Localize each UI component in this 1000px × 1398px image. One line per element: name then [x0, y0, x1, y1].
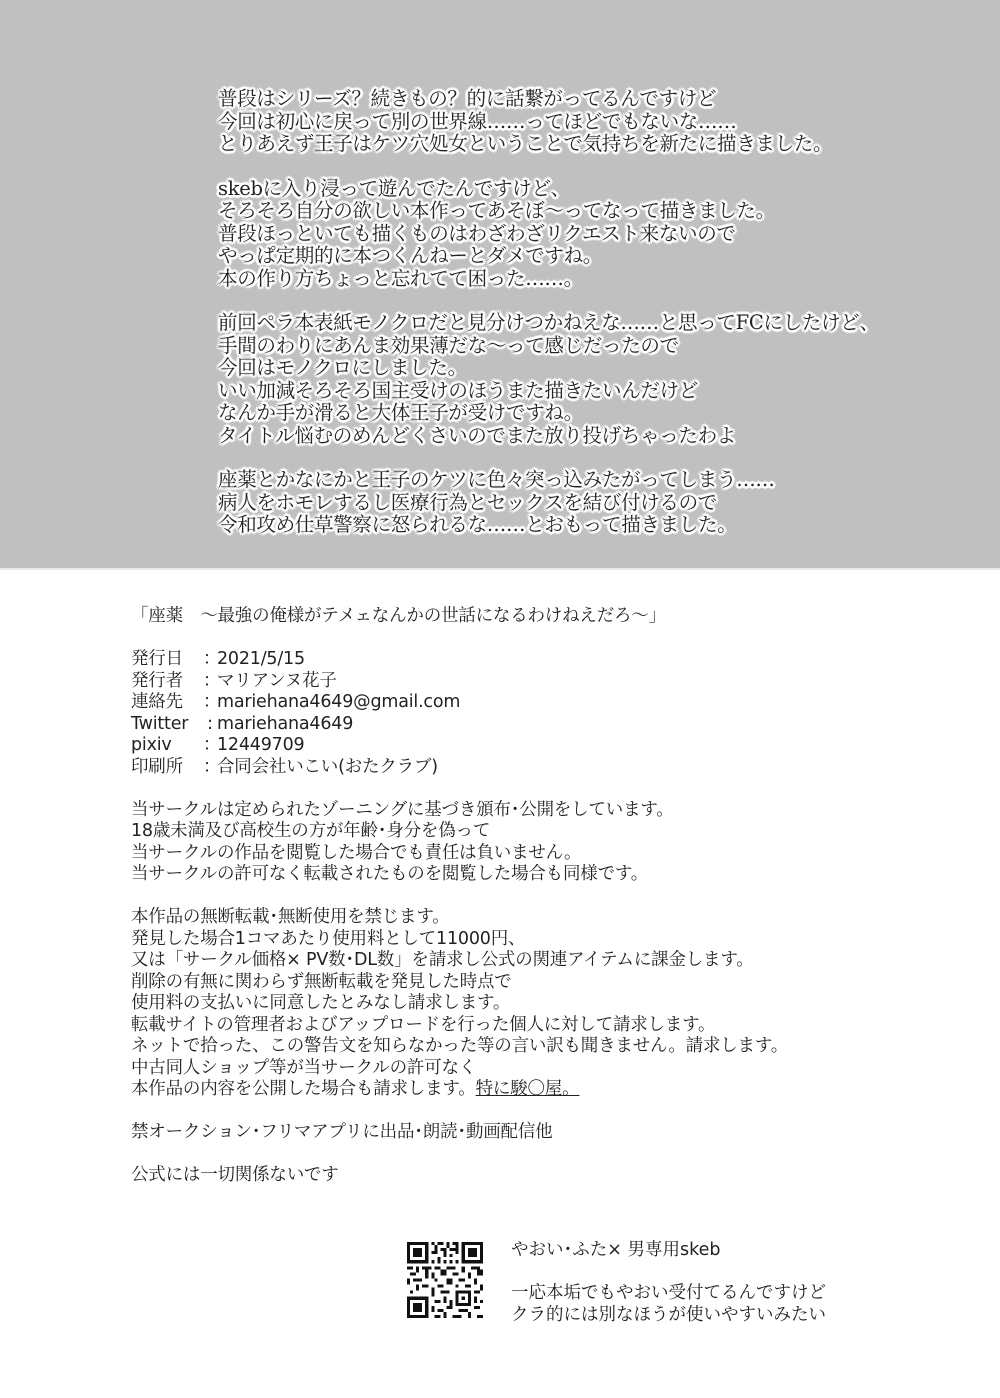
info-separator: ：	[203, 649, 217, 671]
text-line: 削除の有無に関わらず無断転載を発見した時点で	[131, 972, 788, 994]
info-key: pixiv	[131, 735, 203, 757]
info-separator: :	[203, 714, 217, 736]
info-row-printer: 印刷所 ： 合同会社いこい(おたクラブ)	[131, 757, 788, 779]
text-line: 令和攻め仕草警察に怒られるな……とおもって描きました。	[218, 514, 879, 537]
text-line: 病人をホモレするし医療行為とセックスを結び付けるので	[218, 492, 879, 515]
qr-code-graphic	[407, 1242, 483, 1318]
zoning-notice: 当サークルは定められたゾーニングに基づき頒布･公開をしています。 18歳未満及び…	[131, 800, 788, 886]
text-line: 18歳未満及び高校生の方が年齢･身分を偽って	[131, 821, 788, 843]
info-row-contact: 連絡先 ： mariehana4649@gmail.com	[131, 692, 788, 714]
info-value: 合同会社いこい(おたクラブ)	[217, 757, 438, 779]
twitter-handle: mariehana4649	[217, 714, 353, 736]
colophon: 「座薬 ～最強の俺様がテメェなんかの世話になるわけねえだろ～」 発行日 ： 20…	[131, 606, 788, 1208]
text-line: 使用料の支払いに同意したとみなし請求します。	[131, 993, 788, 1015]
text-line-final: 本作品の内容を公開した場合も請求します。特に駿〇屋。	[131, 1079, 788, 1101]
afterword-text: 普段はシリーズ？続きもの？的に話繋がってるんですけど 今回は初心に戻って別の世界…	[218, 88, 879, 559]
contact-email: mariehana4649@gmail.com	[217, 692, 460, 714]
text-line: 本作品の無断転載･無断使用を禁じます。	[131, 907, 788, 929]
info-separator: ：	[203, 692, 217, 714]
qr-code-icon[interactable]	[407, 1242, 483, 1318]
text-line: いい加減そろそろ国主受けのほうまた描きたいんだけど	[218, 380, 879, 403]
info-separator: ：	[203, 757, 217, 779]
info-row-publish-date: 発行日 ： 2021/5/15	[131, 649, 788, 671]
text-line: タイトル悩むのめんどくさいのでまた放り投げちゃったわよ	[218, 425, 879, 448]
info-key: 印刷所	[131, 757, 203, 779]
underlined-remark: 特に駿〇屋。	[476, 1079, 580, 1099]
text-line: そろそろ自分の欲しい本作ってあそぼ～ってなって描きました。	[218, 200, 879, 223]
info-key: Twitter	[131, 714, 203, 736]
info-key: 発行者	[131, 671, 203, 693]
text-line: 当サークルは定められたゾーニングに基づき頒布･公開をしています。	[131, 800, 788, 822]
text-line: ネットで拾った、この警告文を知らなかった等の言い訳も聞きません。請求します。	[131, 1036, 788, 1058]
text-line: 当サークルの作品を閲覧した場合でも責任は負いません。	[131, 843, 788, 865]
afterword-paragraph-4: 座薬とかなにかと王子のケツに色々突っ込みたがってしまう…… 病人をホモレするし医…	[218, 469, 879, 537]
text-line: 転載サイトの管理者およびアップロードを行った個人に対して請求します。	[131, 1015, 788, 1037]
text-line: クラ的には別なほうが使いやすいみたい	[511, 1305, 826, 1327]
text-line: 普段ほっといても描くものはわざわざリクエスト来ないので	[218, 223, 879, 246]
text-line: 座薬とかなにかと王子のケツに色々突っ込みたがってしまう……	[218, 469, 879, 492]
text-line: 当サークルの許可なく転載されたものを閲覧した場合も同様です。	[131, 864, 788, 886]
afterword-paragraph-1: 普段はシリーズ？続きもの？的に話繋がってるんですけど 今回は初心に戻って別の世界…	[218, 88, 879, 156]
text-line: とりあえず王子はケツ穴処女ということで気持ちを新たに描きました。	[218, 133, 879, 156]
afterword-panel: 普段はシリーズ？続きもの？的に話繋がってるんですけど 今回は初心に戻って別の世界…	[0, 0, 1000, 570]
prohibition-notice: 禁オークション･フリマアプリに出品･朗読･動画配信他	[131, 1122, 788, 1144]
text-line: 手間のわりにあんま効果薄だな～って感じだったので	[218, 335, 879, 358]
info-value: 2021/5/15	[217, 649, 305, 671]
text-segment: 本作品の内容を公開した場合も請求します。	[131, 1079, 476, 1099]
disclaimer: 公式には一切関係ないです	[131, 1165, 788, 1187]
text-line: 発見した場合1コマあたり使用料として11000円、	[131, 929, 788, 951]
text-line: 一応本垢でもやおい受付てるんですけど	[511, 1283, 826, 1305]
text-line: 禁オークション･フリマアプリに出品･朗読･動画配信他	[131, 1122, 788, 1144]
publication-info: 発行日 ： 2021/5/15 発行者 ： マリアンヌ花子 連絡先 ： mari…	[131, 649, 788, 778]
text-line: 今回はモノクロにしました。	[218, 357, 879, 380]
info-row-twitter: Twitter : mariehana4649	[131, 714, 788, 736]
afterword-paragraph-3: 前回ペラ本表紙モノクロだと見分けつかねえな……と思ってFCにしたけど、 手間のわ…	[218, 312, 879, 447]
text-line: 又は「サークル価格× PV数･DL数」を請求し公式の関連アイテムに課金します。	[131, 950, 788, 972]
text-line: 本の作り方ちょっと忘れてて困った……。	[218, 268, 879, 291]
text-line: 今回は初心に戻って別の世界線……ってほどでもないな……	[218, 111, 879, 134]
text-line: 前回ペラ本表紙モノクロだと見分けつかねえな……と思ってFCにしたけど、	[218, 312, 879, 335]
text-line: 普段はシリーズ？続きもの？的に話繋がってるんですけど	[218, 88, 879, 111]
text-line: やっぱ定期的に本つくんねーとダメですね。	[218, 245, 879, 268]
spacer	[511, 1262, 826, 1284]
info-value: マリアンヌ花子	[217, 671, 337, 693]
info-key: 発行日	[131, 649, 203, 671]
info-row-pixiv: pixiv ： 12449709	[131, 735, 788, 757]
qr-heading: やおい･ふた× 男専用skeb	[511, 1240, 826, 1262]
pixiv-id: 12449709	[217, 735, 304, 757]
afterword-paragraph-2: skebに入り浸って遊んでたんですけど、 そろそろ自分の欲しい本作ってあそぼ～っ…	[218, 178, 879, 291]
info-separator: ：	[203, 735, 217, 757]
text-line: 公式には一切関係ないです	[131, 1165, 788, 1187]
text-line: skebに入り浸って遊んでたんですけど、	[218, 178, 879, 201]
qr-description: やおい･ふた× 男専用skeb 一応本垢でもやおい受付てるんですけど クラ的には…	[511, 1240, 826, 1326]
info-key: 連絡先	[131, 692, 203, 714]
text-line: なんか手が滑ると大体王子が受けですね。	[218, 402, 879, 425]
book-title: 「座薬 ～最強の俺様がテメェなんかの世話になるわけねえだろ～」	[131, 606, 788, 628]
text-line: 中古同人ショップ等が当サークルの許可なく	[131, 1058, 788, 1080]
info-row-publisher: 発行者 ： マリアンヌ花子	[131, 671, 788, 693]
copyright-notice: 本作品の無断転載･無断使用を禁じます。 発見した場合1コマあたり使用料として11…	[131, 907, 788, 1101]
info-separator: ：	[203, 671, 217, 693]
